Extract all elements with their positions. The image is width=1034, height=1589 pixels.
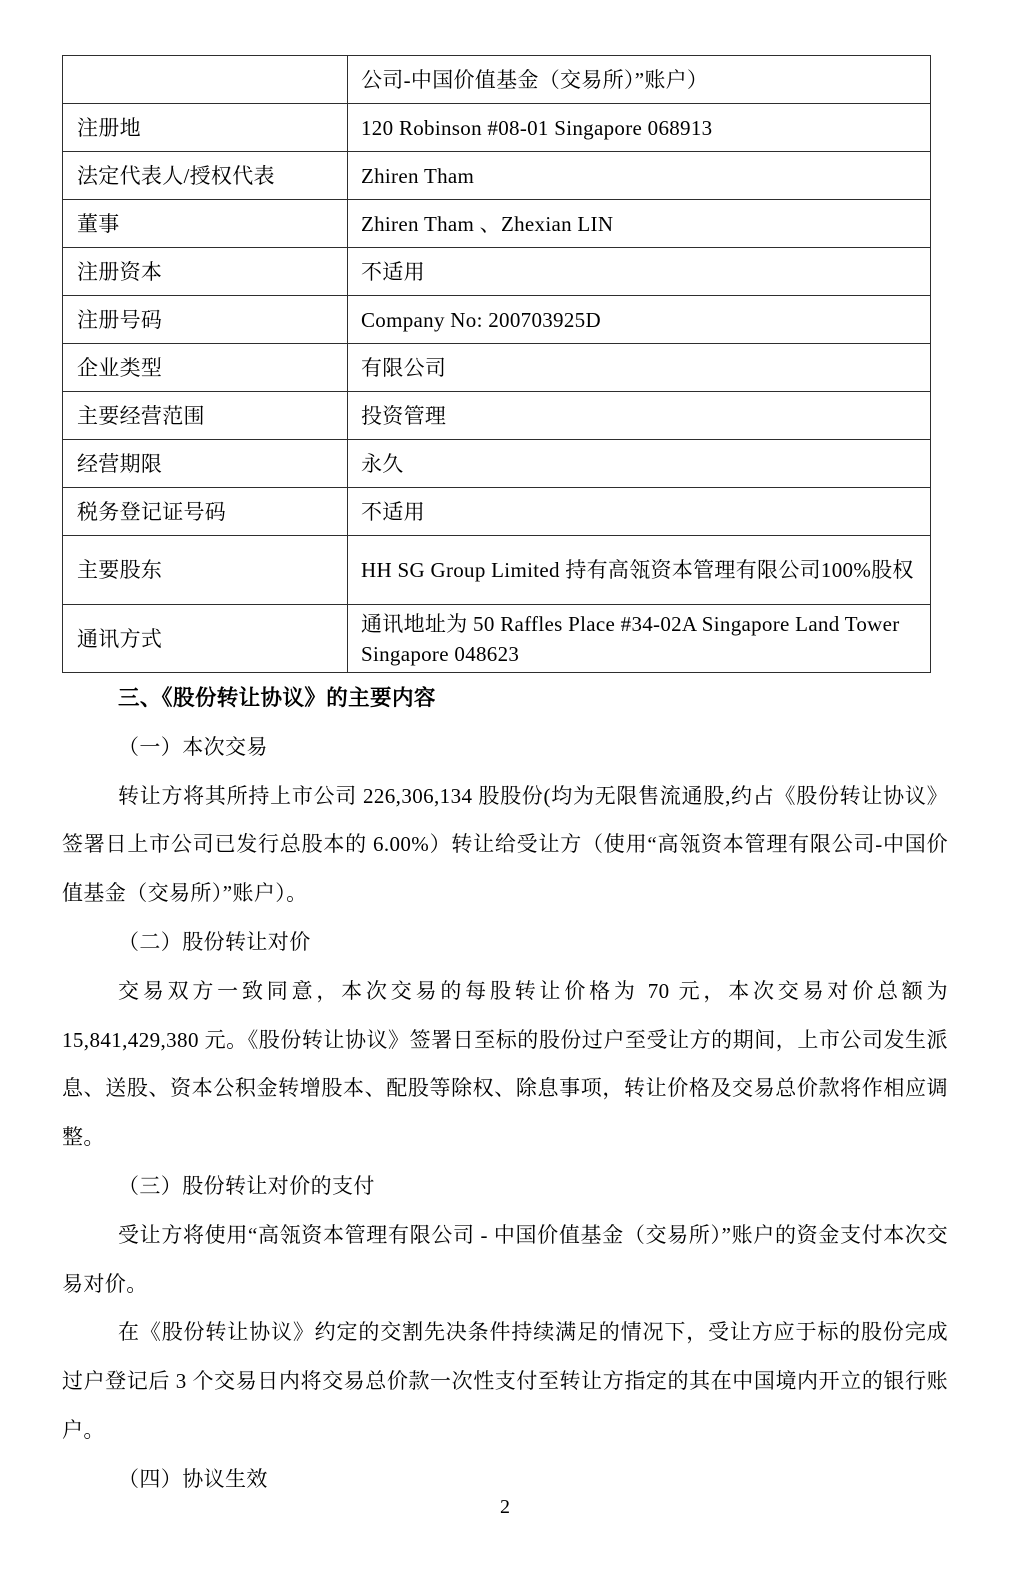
row-label: 注册地 (63, 104, 348, 152)
row-value: 有限公司 (348, 344, 931, 392)
row-value: 公司-中国价值基金（交易所）”账户） (348, 56, 931, 104)
row-value: 120 Robinson #08-01 Singapore 068913 (348, 104, 931, 152)
row-label: 税务登记证号码 (63, 488, 348, 536)
row-value: Zhiren Tham (348, 152, 931, 200)
row-value: Zhiren Tham 、Zhexian LIN (348, 200, 931, 248)
row-label: 注册资本 (63, 248, 348, 296)
table-row: 法定代表人/授权代表 Zhiren Tham (63, 152, 931, 200)
table-row: 经营期限 永久 (63, 440, 931, 488)
row-value: 永久 (348, 440, 931, 488)
row-label: 注册号码 (63, 296, 348, 344)
table-row: 主要经营范围 投资管理 (63, 392, 931, 440)
document-page: 公司-中国价值基金（交易所）”账户） 注册地 120 Robinson #08-… (0, 0, 1034, 1589)
table-row: 主要股东 HH SG Group Limited 持有高瓴资本管理有限公司100… (63, 536, 931, 605)
paragraph: 转让方将其所持上市公司 226,306,134 股股份(均为无限售流通股,约占《… (62, 772, 948, 918)
row-label: 经营期限 (63, 440, 348, 488)
row-label: 主要经营范围 (63, 392, 348, 440)
table-row: 注册地 120 Robinson #08-01 Singapore 068913 (63, 104, 931, 152)
row-value: Company No: 200703925D (348, 296, 931, 344)
page-number: 2 (62, 1496, 948, 1519)
paragraph: 交易双方一致同意，本次交易的每股转让价格为 70 元，本次交易对价总额为 15,… (62, 967, 948, 1162)
table-row: 注册号码 Company No: 200703925D (63, 296, 931, 344)
row-label (63, 56, 348, 104)
subsection-heading: （二）股份转让对价 (62, 918, 948, 967)
table-row: 注册资本 不适用 (63, 248, 931, 296)
table-row: 税务登记证号码 不适用 (63, 488, 931, 536)
document-body: 三、《股份转让协议》的主要内容 （一）本次交易 转让方将其所持上市公司 226,… (62, 674, 948, 1504)
subsection-heading: （一）本次交易 (62, 723, 948, 772)
section-heading: 三、《股份转让协议》的主要内容 (62, 674, 948, 723)
table-row: 通讯方式 通讯地址为 50 Raffles Place #34-02A Sing… (63, 605, 931, 673)
row-label: 主要股东 (63, 536, 348, 605)
row-label: 法定代表人/授权代表 (63, 152, 348, 200)
row-label: 企业类型 (63, 344, 348, 392)
paragraph: 在《股份转让协议》约定的交割先决条件持续满足的情况下，受让方应于标的股份完成过户… (62, 1308, 948, 1454)
row-value: 不适用 (348, 248, 931, 296)
row-value: HH SG Group Limited 持有高瓴资本管理有限公司100%股权 (348, 536, 931, 605)
table-row: 企业类型 有限公司 (63, 344, 931, 392)
row-value: 通讯地址为 50 Raffles Place #34-02A Singapore… (348, 605, 931, 673)
table-row: 董事 Zhiren Tham 、Zhexian LIN (63, 200, 931, 248)
paragraph: 受让方将使用“高瓴资本管理有限公司 - 中国价值基金（交易所）”账户的资金支付本… (62, 1211, 948, 1309)
table-row: 公司-中国价值基金（交易所）”账户） (63, 56, 931, 104)
company-info-table: 公司-中国价值基金（交易所）”账户） 注册地 120 Robinson #08-… (62, 55, 931, 673)
row-value: 投资管理 (348, 392, 931, 440)
row-value: 不适用 (348, 488, 931, 536)
row-label: 通讯方式 (63, 605, 348, 673)
subsection-heading: （三）股份转让对价的支付 (62, 1162, 948, 1211)
row-label: 董事 (63, 200, 348, 248)
